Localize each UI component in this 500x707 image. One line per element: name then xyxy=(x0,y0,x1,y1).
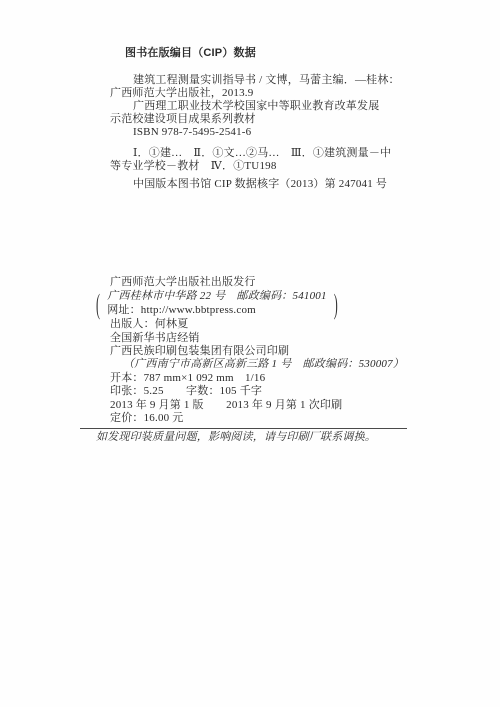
quality-note-line: 如发现印装质量问题，影响阅读，请与印刷厂联系调换。 xyxy=(96,431,440,444)
format-line: 开本：787 mm×1 092 mm 1/16 xyxy=(110,372,440,385)
publisher-address-group: ( 广西桂林市中华路 22 号 邮政编码：541001 网址：http://ww… xyxy=(94,290,340,317)
isbn-line: ISBN 978-7-5495-2541-6 xyxy=(110,126,420,139)
cip-record-series-line-2: 示范校建设项目成果系列教材 xyxy=(110,113,420,126)
sheets-words-line: 印张：5.25 字数：105 千字 xyxy=(110,385,440,398)
printer-line: 广西民族印刷包装集团有限公司印刷 xyxy=(110,345,440,358)
publisher-address-content: 广西桂林市中华路 22 号 邮政编码：541001 网址：http://www.… xyxy=(102,290,332,317)
cip-record-publisher-line: 广西师范大学出版社，2013.9 xyxy=(110,87,420,100)
open-paren-glyph: ( xyxy=(94,290,102,318)
distribution-line: 全国新华书店经销 xyxy=(110,332,440,345)
close-paren-glyph: ) xyxy=(332,290,340,318)
edition-line: 2013 年 9 月第 1 版 2013 年 9 月第 1 次印刷 xyxy=(110,399,440,412)
publisher-person-line: 出版人：何林夏 xyxy=(110,318,440,331)
publisher-website-line: 网址：http://www.bbtpress.com xyxy=(107,304,327,317)
cip-registry-line: 中国版本图书馆 CIP 数据核字（2013）第 247041 号 xyxy=(110,178,420,191)
cip-record-series-line-1: 广西理工职业技术学校国家中等职业教育改革发展 xyxy=(110,100,420,113)
cip-classification-line-1: Ⅰ．①建… Ⅱ．①文…②马… Ⅲ．①建筑测量－中 xyxy=(110,147,420,160)
colophon-block: 广西师范大学出版社出版发行 ( 广西桂林市中华路 22 号 邮政编码：54100… xyxy=(110,276,440,445)
publisher-address-line: 广西桂林市中华路 22 号 邮政编码：541001 xyxy=(107,290,327,303)
footer-divider xyxy=(80,428,407,429)
cip-block: 图书在版编目（CIP）数据 建筑工程测量实训指导书 / 文博，马蕾主编．—桂林：… xyxy=(110,47,420,191)
printer-address-line: （广西南宁市高新区高新三路 1 号 邮政编码：530007） xyxy=(110,358,440,371)
book-copyright-page: 图书在版编目（CIP）数据 建筑工程测量实训指导书 / 文博，马蕾主编．—桂林：… xyxy=(0,0,500,707)
cip-heading: 图书在版编目（CIP）数据 xyxy=(125,47,420,60)
publisher-line: 广西师范大学出版社出版发行 xyxy=(110,276,440,289)
cip-record-title-line: 建筑工程测量实训指导书 / 文博，马蕾主编．—桂林： xyxy=(110,74,420,87)
price-line: 定价：16.00 元 xyxy=(110,412,440,425)
cip-classification-line-2: 等专业学校－教材 Ⅳ．①TU198 xyxy=(110,160,420,173)
